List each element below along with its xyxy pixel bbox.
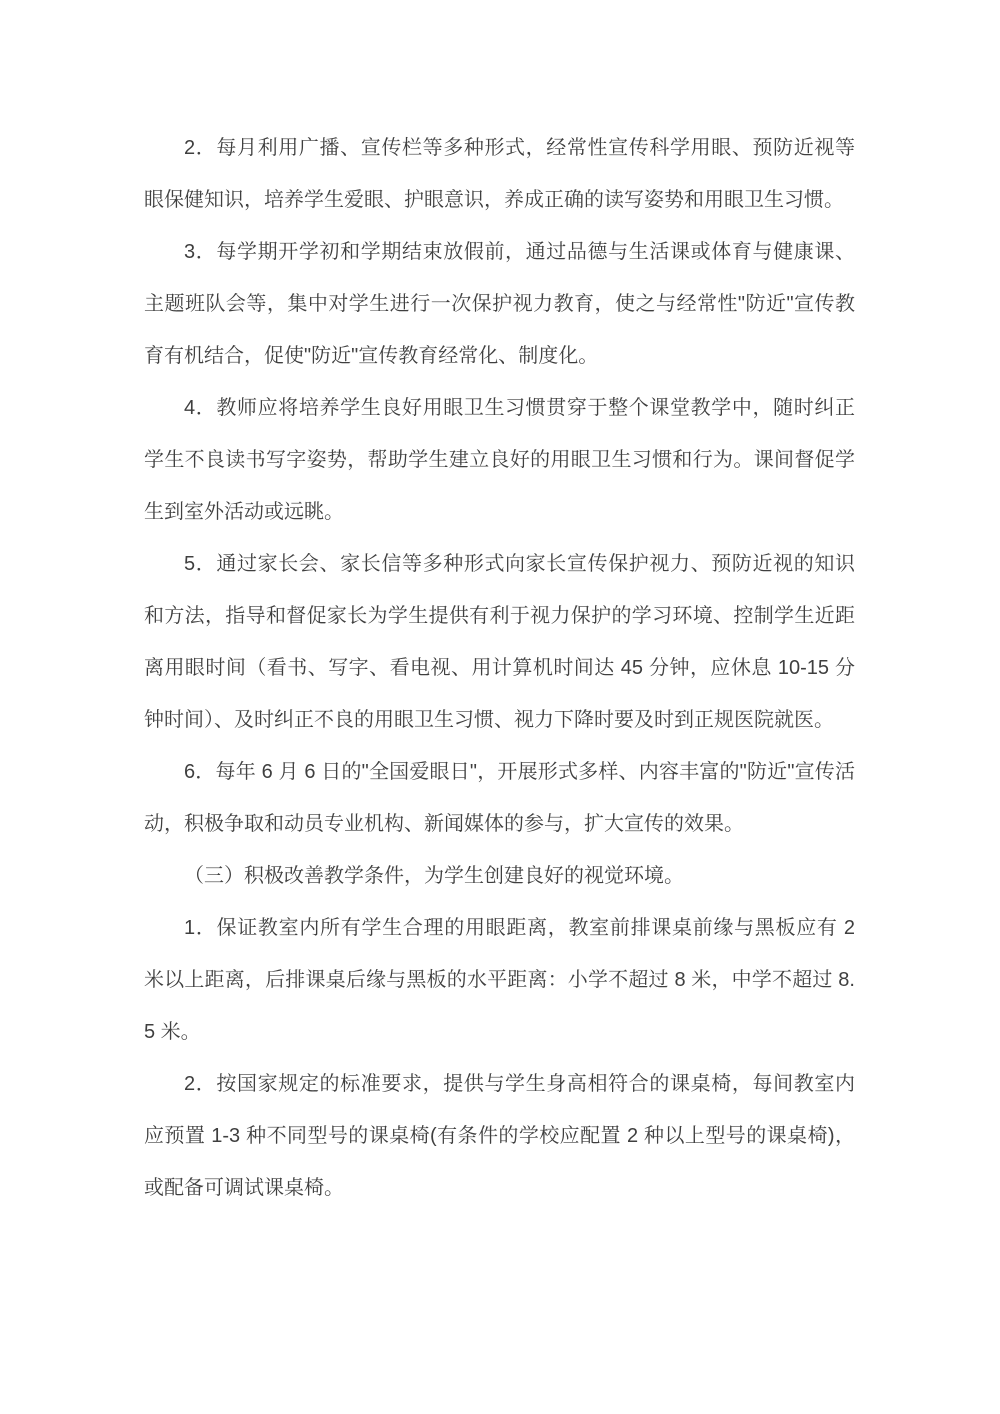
- paragraph-item-6: 6．每年 6 月 6 日的"全国爱眼日"，开展形式多样、内容丰富的"防近"宣传活…: [144, 746, 855, 850]
- paragraph-item-5: 5．通过家长会、家长信等多种形式向家长宣传保护视力、预防近视的知识和方法，指导和…: [144, 538, 855, 746]
- paragraph-section3-item-1: 1．保证教室内所有学生合理的用眼距离，教室前排课桌前缘与黑板应有 2 米以上距离…: [144, 902, 855, 1058]
- paragraph-item-3: 3．每学期开学初和学期结束放假前，通过品德与生活课或体育与健康课、主题班队会等，…: [144, 226, 855, 382]
- paragraph-section3-item-2: 2．按国家规定的标准要求，提供与学生身高相符合的课桌椅，每间教室内应预置 1-3…: [144, 1058, 855, 1214]
- paragraph-item-4: 4．教师应将培养学生良好用眼卫生习惯贯穿于整个课堂教学中，随时纠正学生不良读书写…: [144, 382, 855, 538]
- section-heading-three: （三）积极改善教学条件，为学生创建良好的视觉环境。: [144, 850, 855, 902]
- document-page: 2．每月利用广播、宣传栏等多种形式，经常性宣传科学用眼、预防近视等眼保健知识，培…: [0, 0, 1000, 1414]
- paragraph-item-2: 2．每月利用广播、宣传栏等多种形式，经常性宣传科学用眼、预防近视等眼保健知识，培…: [144, 122, 855, 226]
